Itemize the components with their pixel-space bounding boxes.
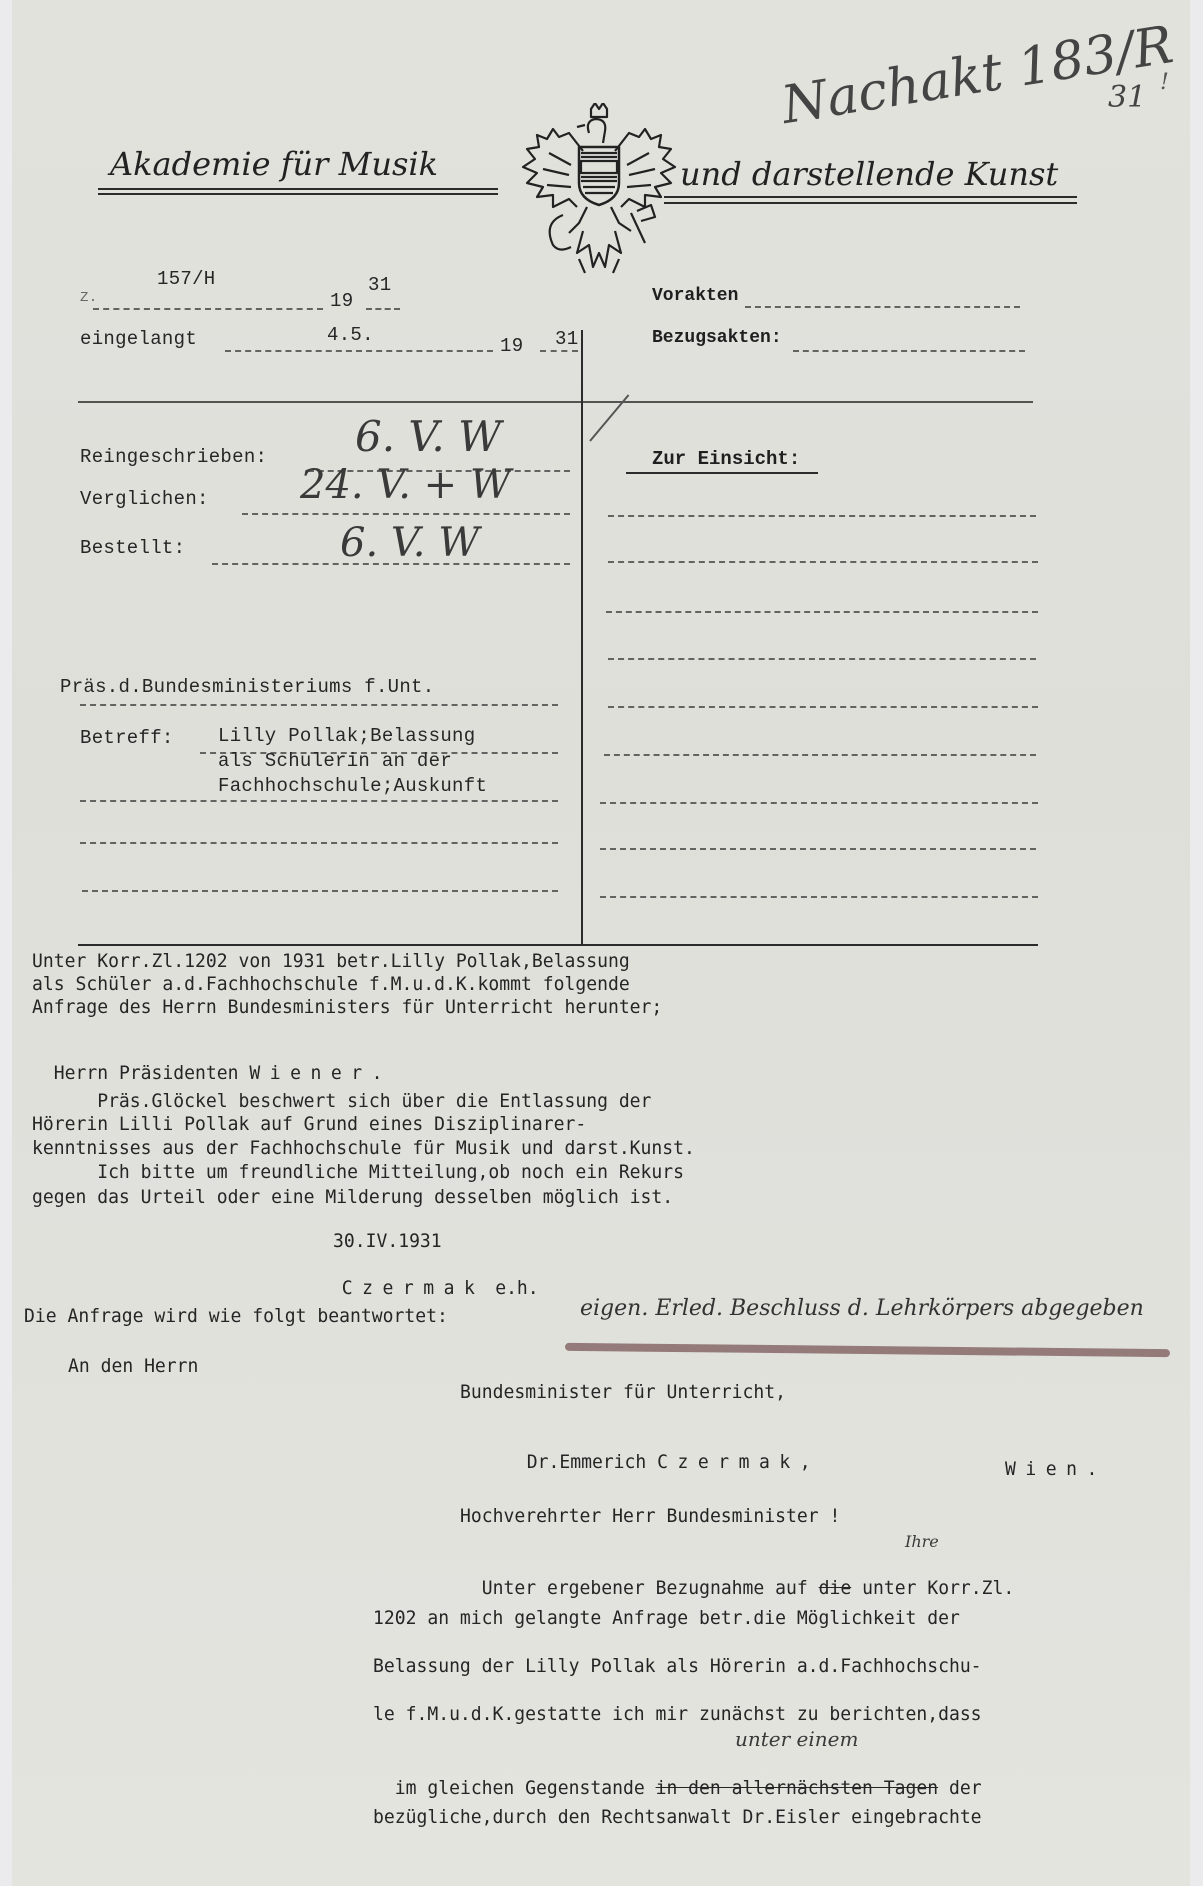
letter-line-1: Unter ergebener Bezugnahme auf die unter…	[460, 1555, 1014, 1599]
einsicht-line	[600, 802, 1038, 804]
bestellt-value: 6. V. W	[340, 520, 479, 566]
form-bottom-divider	[78, 944, 1038, 946]
recipient-city: Wien.	[1005, 1458, 1107, 1480]
letter-text: unter Korr.Zl.	[862, 1577, 1014, 1599]
betreff-line-1: Lilly Pollak;Belassung	[218, 725, 475, 747]
einsicht-line	[608, 706, 1038, 708]
letterhead-rule-left-2	[98, 193, 498, 195]
recipient-line-3: Dr.Emmerich Czermak,	[505, 1429, 820, 1473]
blank-line	[80, 842, 558, 844]
quote-line: kenntnisses aus der Fachhochschule für M…	[32, 1137, 695, 1159]
z-label: Z.	[80, 290, 97, 306]
quote-line: Ich bitte um freundliche Mitteilung,ob n…	[32, 1161, 684, 1183]
reingeschrieben-label: Reingeschrieben:	[80, 446, 267, 468]
quote-signature-suffix: e.h.	[495, 1277, 538, 1299]
einsicht-line	[608, 561, 1038, 563]
bezugsakten-label: Bezugsakten:	[652, 328, 782, 348]
struck-phrase: in den allernächsten Tagen	[656, 1777, 939, 1799]
einsicht-line	[608, 658, 1036, 660]
einsicht-line	[604, 754, 1036, 756]
bestellt-label: Bestellt:	[80, 537, 185, 559]
letterhead-left: Akademie für Musik	[110, 145, 438, 183]
quote-date: 30.IV.1931	[333, 1230, 442, 1252]
einsicht-line	[608, 515, 1036, 517]
column-divider	[581, 330, 583, 944]
addressee: Präs.d.Bundesministeriums f.Unt.	[60, 676, 434, 698]
eingelangt-year-line	[540, 350, 578, 352]
eingelangt-label: eingelangt	[80, 328, 197, 350]
einsicht-line	[606, 611, 1038, 613]
eingelangt-value: 4.5.	[327, 324, 374, 346]
z-line	[93, 308, 323, 310]
betreff-label: Betreff:	[80, 727, 174, 749]
zur-einsicht-label: Zur Einsicht:	[652, 448, 800, 470]
salutation: Herrn Präsidenten Wiener.	[32, 1040, 392, 1084]
blank-line	[82, 890, 558, 892]
answer-intro: Die Anfrage wird wie folgt beantwortet:	[24, 1305, 448, 1327]
intro-line: Unter Korr.Zl.1202 von 1931 betr.Lilly P…	[32, 950, 630, 972]
salutation-name: Wiener.	[249, 1062, 392, 1084]
letterhead-rule-left-1	[98, 188, 498, 190]
letter-line-4: le f.M.u.d.K.gestatte ich mir zunächst z…	[373, 1703, 982, 1725]
intro-line: als Schüler a.d.Fachhochschule f.M.u.d.K…	[32, 973, 630, 995]
vorakten-line	[745, 306, 1020, 308]
insert-correction: Ihre	[905, 1532, 939, 1551]
vorakten-label: Vorakten	[652, 286, 738, 306]
betreff-underline-3	[80, 800, 558, 802]
answer-handwritten-note: eigen. Erled. Beschluss d. Lehrkörpers a…	[580, 1296, 1144, 1321]
letter-text: der	[949, 1777, 982, 1799]
zur-einsicht-underline	[626, 472, 818, 474]
einsicht-line	[600, 848, 1036, 850]
quote-line: Hörerin Lilli Pollak auf Grund eines Dis…	[32, 1113, 586, 1135]
quote-signature: Czermak e.h.	[320, 1255, 539, 1299]
recipient-title: Dr.Emmerich	[527, 1451, 647, 1473]
letterhead-rule-right-2	[664, 202, 1077, 204]
austrian-eagle-coat-of-arms-icon	[500, 85, 660, 257]
header-divider	[78, 401, 1033, 403]
letterhead-rule-right-1	[664, 196, 1077, 198]
quote-signature-name: Czermak	[342, 1277, 485, 1299]
letter-text: im gleichen Gegenstande	[395, 1777, 645, 1799]
betreff-line-2: als Schulerin an der	[218, 750, 452, 772]
betreff-line-3: Fachhochschule;Auskunft	[218, 775, 487, 797]
salutation-title: Herrn Präsidenten	[54, 1062, 239, 1084]
bezugsakten-line	[793, 350, 1025, 352]
struck-word: die	[819, 1577, 852, 1599]
recipient-name: Czermak,	[657, 1451, 820, 1473]
recipient-line-1: An den Herrn	[68, 1355, 198, 1377]
verglichen-line	[242, 513, 570, 515]
einsicht-line	[600, 896, 1038, 898]
verglichen-value: 24. V. + W	[300, 462, 511, 508]
quote-line: Präs.Glöckel beschwert sich über die Ent…	[32, 1090, 651, 1112]
intro-line: Anfrage des Herrn Bundesministers für Un…	[32, 996, 662, 1018]
archive-annotation-year: 31	[1108, 80, 1146, 115]
archive-annotation-mark: !	[1160, 70, 1169, 95]
letter-line-6: bezügliche,durch den Rechtsanwalt Dr.Eis…	[373, 1806, 982, 1828]
letter-text: Unter ergebener Bezugnahme auf	[482, 1577, 808, 1599]
quote-line: gegen das Urteil oder eine Milderung des…	[32, 1186, 673, 1208]
letter-line-3: Belassung der Lilly Pollak als Hörerin a…	[373, 1655, 982, 1677]
z-year-prefix: 19	[330, 290, 353, 312]
addressee-line	[80, 704, 558, 706]
z-year: 31	[368, 274, 391, 296]
reingeschrieben-value: 6. V. W	[355, 412, 501, 461]
eingelangt-year-prefix: 19	[500, 335, 523, 357]
letter-line-2: 1202 an mich gelangte Anfrage betr.die M…	[373, 1607, 960, 1629]
insert-correction: unter einem	[735, 1727, 858, 1751]
verglichen-label: Verglichen:	[80, 488, 209, 510]
eingelangt-year: 31	[555, 328, 578, 350]
z-year-line	[366, 308, 400, 310]
z-value: 157/H	[157, 268, 216, 290]
eingelangt-line	[225, 350, 493, 352]
letter-line-5: im gleichen Gegenstande in den allernäch…	[373, 1755, 982, 1799]
letter-greeting: Hochverehrter Herr Bundesminister !	[460, 1505, 840, 1527]
letterhead-right: und darstellende Kunst	[680, 155, 1058, 193]
recipient-line-2: Bundesminister für Unterricht,	[460, 1381, 786, 1403]
